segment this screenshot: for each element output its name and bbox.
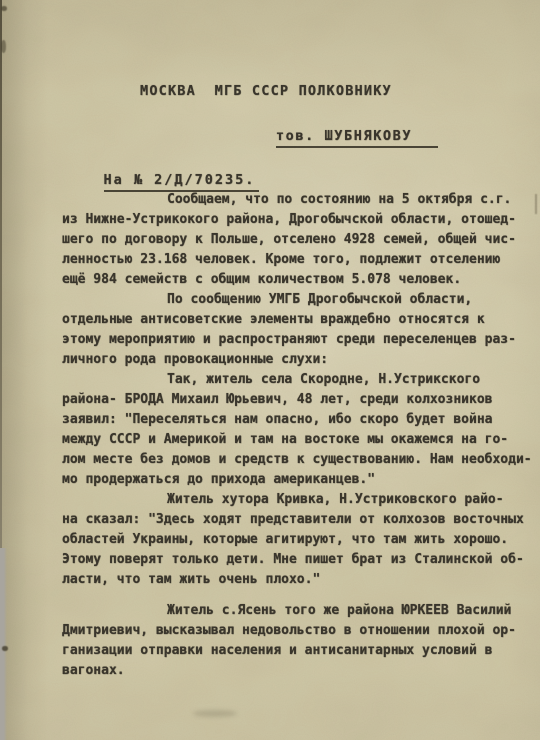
paragraph-broda-statement: Так, житель села Скородне, Н.Устрикского…: [62, 370, 539, 490]
paragraph-resettlement-figures: Сообщаем, что по состоянию на 5 октября …: [62, 190, 539, 290]
scanned-document-page: МОСКВА МГБ СССР ПОЛКОВНИКУ тов. ШУБНЯКОВ…: [0, 0, 540, 740]
scan-speck-lower-left: [2, 646, 8, 651]
scan-bottom-left-gray-strip: [0, 548, 7, 740]
recipient-name-underlined: тов. ШУБНЯКОВУ: [276, 128, 438, 148]
paragraph-yurkeev-statement: Житель с.Ясень того же района ЮРКЕЕВ Вас…: [62, 601, 539, 681]
document-body: Сообщаем, что по состоянию на 5 октября …: [62, 190, 539, 681]
paragraph-umgb-report: По сообщению УМГБ Дрогобычской области, …: [62, 290, 539, 370]
scan-right-edge-mark: [535, 194, 537, 214]
reference-number-underlined: На № 2/Д/70235.: [104, 172, 260, 192]
pencil-smudge-bottom: [193, 710, 237, 717]
recipient-address-line: МОСКВА МГБ СССР ПОЛКОВНИКУ: [140, 83, 392, 99]
scan-speck-upper-left: [1, 40, 6, 53]
recipient-name-line: тов. ШУБНЯКОВУ: [237, 112, 438, 164]
scan-speck-top: [1, 6, 7, 11]
paragraph-krivka-statement: Житель хутора Кривка, Н.Устриковского ра…: [62, 490, 539, 590]
